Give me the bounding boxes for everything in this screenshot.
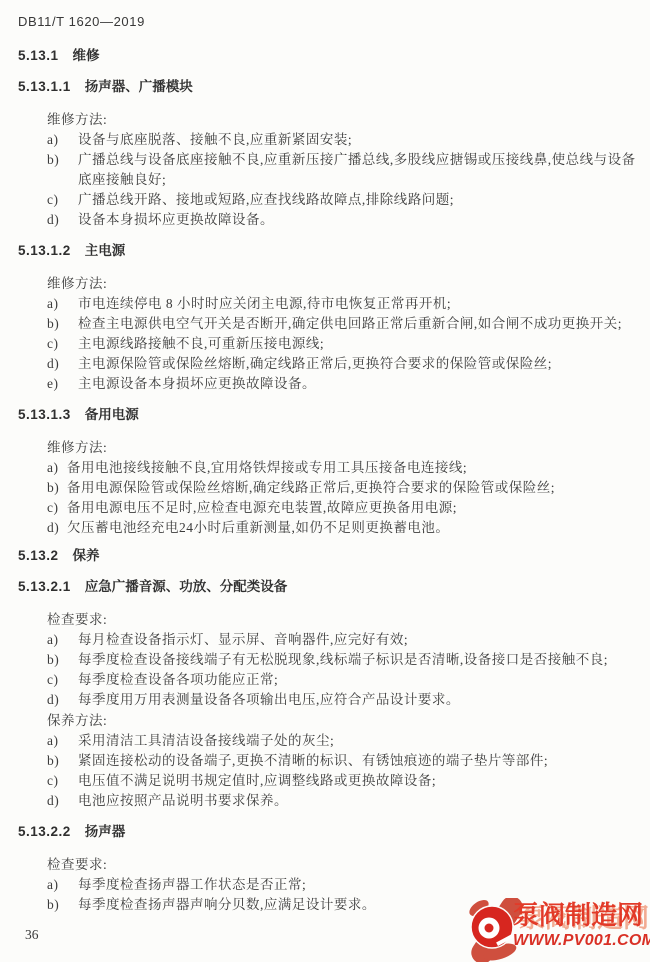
item-letter: b) <box>47 314 78 334</box>
list-item: a)市电连续停电 8 小时时应关闭主电源,待市电恢复正常再开机; <box>47 294 638 314</box>
list-item: b)紧固连接松动的设备端子,更换不清晰的标识、有锈蚀痕迹的端子垫片等部件; <box>47 751 638 771</box>
document-page: DB11/T 1620—2019 5.13.1维修5.13.1.1扬声器、广播模… <box>0 0 650 962</box>
watermark-url-text: WWW.PV001.COM <box>513 932 650 949</box>
item-letter: d) <box>47 518 67 538</box>
list-intro-label: 维修方法: <box>47 274 638 294</box>
list-item: c)电压值不满足说明书规定值时,应调整线路或更换故障设备; <box>47 771 638 791</box>
page-number: 36 <box>25 927 39 943</box>
item-letter: c) <box>47 190 78 210</box>
item-text: 电压值不满足说明书规定值时,应调整线路或更换故障设备; <box>78 771 638 791</box>
list-item: c)广播总线开路、接地或短路,应查找线路故障点,排除线路问题; <box>47 190 638 210</box>
section-heading: 5.13.2保养 <box>18 547 638 564</box>
section-title: 扬声器 <box>85 824 126 839</box>
section-title: 应急广播音源、功放、分配类设备 <box>85 579 288 594</box>
list-item: a)每月检查设备指示灯、显示屏、音响器件,应完好有效; <box>47 630 638 650</box>
item-text: 欠压蓄电池经充电24小时后重新测量,如仍不足则更换蓄电池。 <box>67 518 638 538</box>
section-title: 主电源 <box>85 243 126 258</box>
item-text: 紧固连接松动的设备端子,更换不清晰的标识、有锈蚀痕迹的端子垫片等部件; <box>78 751 638 771</box>
document-content-wrap: DB11/T 1620—2019 5.13.1维修5.13.1.1扬声器、广播模… <box>0 0 650 915</box>
list-item: b)广播总线与设备底座接触不良,应重新压接广播总线,多股线应搪锡或压接线鼻,使总… <box>47 150 638 190</box>
section-title: 扬声器、广播模块 <box>85 79 193 94</box>
item-text: 主电源线路接触不良,可重新压接电源线; <box>78 334 638 354</box>
list-item: c)每季度检查设备各项功能应正常; <box>47 670 638 690</box>
item-text: 广播总线与设备底座接触不良,应重新压接广播总线,多股线应搪锡或压接线鼻,使总线与… <box>78 150 638 190</box>
section-number: 5.13.2.1 <box>18 579 71 594</box>
item-letter: a) <box>47 875 78 895</box>
item-letter: d) <box>47 354 78 374</box>
section-number: 5.13.1.2 <box>18 243 71 258</box>
document-content: 5.13.1维修5.13.1.1扬声器、广播模块维修方法:a)设备与底座脱落、接… <box>18 47 638 915</box>
section-number: 5.13.1.1 <box>18 79 71 94</box>
section-title: 备用电源 <box>85 407 139 422</box>
section-number: 5.13.1 <box>18 48 59 63</box>
section-heading: 5.13.1.3备用电源 <box>18 406 638 423</box>
item-text: 市电连续停电 8 小时时应关闭主电源,待市电恢复正常再开机; <box>78 294 638 314</box>
list-intro-label: 检查要求: <box>47 610 638 630</box>
item-text: 备用电源电压不足时,应检查电源充电装置,故障应更换备用电源; <box>67 498 638 518</box>
list-item: e)主电源设备本身损坏应更换故障设备。 <box>47 374 638 394</box>
item-letter: a) <box>47 294 78 314</box>
item-text: 主电源保险管或保险丝熔断,确定线路正常后,更换符合要求的保险管或保险丝; <box>78 354 638 374</box>
doc-header: DB11/T 1620—2019 <box>18 14 638 30</box>
item-letter: d) <box>47 791 78 811</box>
item-text: 广播总线开路、接地或短路,应查找线路故障点,排除线路问题; <box>78 190 638 210</box>
section-number: 5.13.2 <box>18 548 59 563</box>
item-letter: c) <box>47 670 78 690</box>
item-letter: d) <box>47 210 78 230</box>
item-letter: c) <box>47 771 78 791</box>
section-number: 5.13.1.3 <box>18 407 71 422</box>
item-letter: c) <box>47 498 67 518</box>
item-text: 每月检查设备指示灯、显示屏、音响器件,应完好有效; <box>78 630 638 650</box>
item-text: 备用电源保险管或保险丝熔断,确定线路正常后,更换符合要求的保险管或保险丝; <box>67 478 638 498</box>
list-intro-label: 维修方法: <box>47 438 638 458</box>
section-heading: 5.13.1.2主电源 <box>18 242 638 259</box>
item-letter: b) <box>47 751 78 771</box>
item-letter: b) <box>47 650 78 670</box>
list-item: d)主电源保险管或保险丝熔断,确定线路正常后,更换符合要求的保险管或保险丝; <box>47 354 638 374</box>
list-intro-label: 检查要求: <box>47 855 638 875</box>
item-text: 备用电池接线接触不良,宜用烙铁焊接或专用工具压接备电连接线; <box>67 458 638 478</box>
section-heading: 5.13.1维修 <box>18 47 638 64</box>
list-item: a)采用清洁工具清洁设备接线端子处的灰尘; <box>47 731 638 751</box>
list-item: a)设备与底座脱落、接触不良,应重新紧固安装; <box>47 130 638 150</box>
item-letter: b) <box>47 150 78 190</box>
list-item: a)每季度检查扬声器工作状态是否正常; <box>47 875 638 895</box>
item-letter: a) <box>47 458 67 478</box>
item-text: 每季度检查设备接线端子有无松脱现象,线标端子标识是否清晰,设备接口是否接触不良; <box>78 650 638 670</box>
list-intro-label: 维修方法: <box>47 110 638 130</box>
watermark-brand-text: 泵阀制造网 <box>513 901 643 929</box>
item-text: 每季度检查扬声器工作状态是否正常; <box>78 875 638 895</box>
item-text: 主电源设备本身损坏应更换故障设备。 <box>78 374 638 394</box>
item-text: 检查主电源供电空气开关是否断开,确定供电回路正常后重新合闸,如合闸不成功更换开关… <box>78 314 638 334</box>
section-title: 维修 <box>73 48 100 63</box>
list-item: d)电池应按照产品说明书要求保养。 <box>47 791 638 811</box>
watermark-logo: 泵阀制造网 WWW.PV001.COMM <box>466 900 650 960</box>
section-heading: 5.13.2.2扬声器 <box>18 823 638 840</box>
section-heading: 5.13.1.1扬声器、广播模块 <box>18 78 638 95</box>
list-item: c)主电源线路接触不良,可重新压接电源线; <box>47 334 638 354</box>
list-item: c)备用电源电压不足时,应检查电源充电装置,故障应更换备用电源; <box>47 498 638 518</box>
section-number: 5.13.2.2 <box>18 824 71 839</box>
list-item: b)备用电源保险管或保险丝熔断,确定线路正常后,更换符合要求的保险管或保险丝; <box>47 478 638 498</box>
item-text: 采用清洁工具清洁设备接线端子处的灰尘; <box>78 731 638 751</box>
item-text: 电池应按照产品说明书要求保养。 <box>78 791 638 811</box>
item-letter: c) <box>47 334 78 354</box>
list-item: d)设备本身损坏应更换故障设备。 <box>47 210 638 230</box>
item-text: 设备本身损坏应更换故障设备。 <box>78 210 638 230</box>
list-intro-label: 保养方法: <box>47 711 638 731</box>
item-letter: e) <box>47 374 78 394</box>
list-item: b)每季度检查设备接线端子有无松脱现象,线标端子标识是否清晰,设备接口是否接触不… <box>47 650 638 670</box>
item-text: 设备与底座脱落、接触不良,应重新紧固安装; <box>78 130 638 150</box>
item-text: 每季度检查设备各项功能应正常; <box>78 670 638 690</box>
list-item: a)备用电池接线接触不良,宜用烙铁焊接或专用工具压接备电连接线; <box>47 458 638 478</box>
item-letter: d) <box>47 690 78 710</box>
item-letter: a) <box>47 731 78 751</box>
list-item: d)欠压蓄电池经充电24小时后重新测量,如仍不足则更换蓄电池。 <box>47 518 638 538</box>
list-item: d)每季度用万用表测量设备各项输出电压,应符合产品设计要求。 <box>47 690 638 710</box>
watermark-url: WWW.PV001.COMM <box>513 932 650 950</box>
item-letter: a) <box>47 130 78 150</box>
item-letter: a) <box>47 630 78 650</box>
item-letter: b) <box>47 478 67 498</box>
section-title: 保养 <box>73 548 100 563</box>
item-text: 每季度用万用表测量设备各项输出电压,应符合产品设计要求。 <box>78 690 638 710</box>
section-heading: 5.13.2.1应急广播音源、功放、分配类设备 <box>18 578 638 595</box>
item-letter: b) <box>47 895 78 915</box>
list-item: b)检查主电源供电空气开关是否断开,确定供电回路正常后重新合闸,如合闸不成功更换… <box>47 314 638 334</box>
